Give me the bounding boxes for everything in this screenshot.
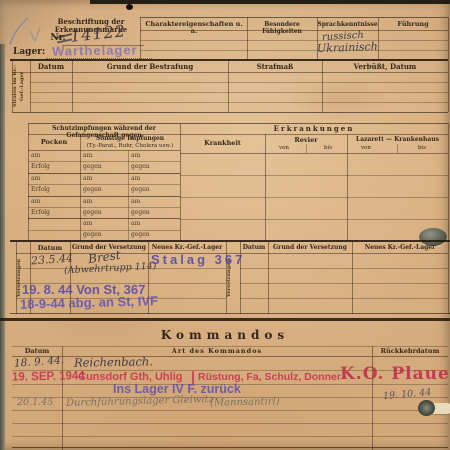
col-revier-von: von [270,145,298,151]
illnesses-title: Erkrankungen [180,125,448,133]
row-line [30,92,448,93]
scan-edge-left [0,44,5,450]
row-line [28,173,180,174]
table-border [80,134,81,241]
col-conduct: Führung [378,21,448,28]
table-border [265,134,266,241]
kontrolloffizier-stamp: K.O. Plauen [340,364,450,384]
cell-erfolg: Erfolg [31,209,50,216]
language-entry-2: Ukrainisch [317,40,378,55]
row-line [28,218,180,219]
col-pocken: Pocken [28,139,80,146]
col-reason: Grund der Versetzung [268,245,352,252]
col-lazarett-bis: bis [408,145,436,151]
kommando-date-pencil: 20.1.45 [17,397,53,408]
col-return: Rückkehrdatum [372,348,448,355]
col-served: Verbüßt, Datum [322,63,448,71]
row-line [12,410,448,411]
kommando-place-handwritten: Reichenbach. [74,354,153,369]
table-border [10,313,450,314]
col-new-camp: Neues Kr.-Gef.-Lager [352,245,448,252]
cell-gegen: gegen [83,231,102,238]
cell-am: am [83,220,92,227]
cell-gegen: gegen [131,231,150,238]
pow-record-card: Beschriftung der Erkennungsmarke Nr. 141… [0,0,450,450]
row-line [28,196,180,197]
cell-am: am [83,152,92,159]
table-border [448,17,449,60]
cell-erfolg: Erfolg [31,163,50,170]
col-other-2: (Ty.-Parat., Ruhr, Cholera usw.) [80,143,180,149]
row-line [28,184,180,185]
camp-stamp: Warthelager [52,42,138,58]
row-line [28,230,180,231]
table-border [372,346,373,450]
col-date: Datum [30,63,72,71]
stain [290,78,390,122]
row-line [240,268,448,269]
col-reason: Grund der Bestrafung [72,63,228,71]
table-border [28,134,448,135]
row-line [140,50,448,51]
cell-gegen: gegen [83,163,102,170]
kommando-note-pencil: (Mannsantirl) [210,396,280,408]
kommando-date-stamp: 19. SEP. 1944 [12,370,85,383]
col-lazarett-von: von [352,145,380,151]
col-date: Datum [240,245,268,252]
camp-label: Lager: [13,47,45,57]
kommando-date-handwritten: 18. 9. 44. [14,354,65,369]
col-languages: Sprachkenntnisse [317,22,378,29]
table-border [12,72,448,73]
col-krankheit: Krankheit [180,140,265,147]
table-border [140,17,448,18]
row-line [180,219,448,220]
table-border [12,112,448,113]
col-character: Charaktereigenschaften u. a. [141,21,247,36]
keyhole-circle [418,400,435,416]
ink-dot [126,4,133,10]
cell-gegen: gegen [83,209,102,216]
row-line [140,40,448,41]
col-other-1: Sonstige Impfungen [80,136,180,143]
table-border [448,242,449,314]
col-sentence: Strafmaß [228,63,322,71]
stalag-stamp: Stalag 367 [151,252,245,267]
cell-am: am [83,198,92,205]
col-abilities: Besondere Fähigkeiten [247,22,317,36]
col-new-camp: Neues Kr.-Gef.-Lager [148,245,226,252]
von-bis-divider [397,144,398,153]
cell-am: am [31,198,40,205]
cell-gegen: gegen [83,186,102,193]
return-to-camp-stamp: Ins Lager IV F. zurück [113,382,241,396]
cell-gegen: gegen [131,163,150,170]
cell-erfolg: Erfolg [31,186,50,193]
cell-am: am [131,175,140,182]
cell-am: am [131,220,140,227]
cell-am: am [31,152,40,159]
cell-am: am [83,175,92,182]
table-border [448,123,449,241]
table-border [28,150,180,151]
section-border [10,240,450,242]
table-border [180,123,181,241]
row-line [30,82,448,83]
row-line [240,298,448,299]
section-divider [0,318,450,321]
scan-edge-top [90,0,450,4]
row-line [12,447,448,448]
row-line [12,423,448,424]
table-border [180,153,448,154]
section-border [28,123,448,124]
col-lazarett: Lazarett — Krankenhaus [347,137,448,144]
von-bis-divider [306,144,307,153]
transfer-unit-handwritten: (Abwehrtrupp 114) [64,261,157,277]
row-line [240,283,448,284]
punch-keyhole [418,399,450,419]
row-line [28,161,180,162]
table-border [28,123,29,241]
cell-gegen: gegen [131,186,150,193]
col-revier-bis: bis [314,145,342,151]
cell-am: am [131,198,140,205]
cell-gegen: gegen [131,209,150,216]
table-border [347,134,348,241]
cell-am: am [131,152,140,159]
cell-am: am [31,175,40,182]
kommandos-title: Kommandos [0,329,450,343]
punishments-side-label: Strafen im Kr.-Gef.-Lager [12,61,30,111]
row-line [180,197,448,198]
table-border [448,60,449,112]
row-line [180,175,448,176]
row-line [28,207,180,208]
row-line [12,436,448,437]
row-line [30,102,448,103]
section-border [10,59,448,61]
